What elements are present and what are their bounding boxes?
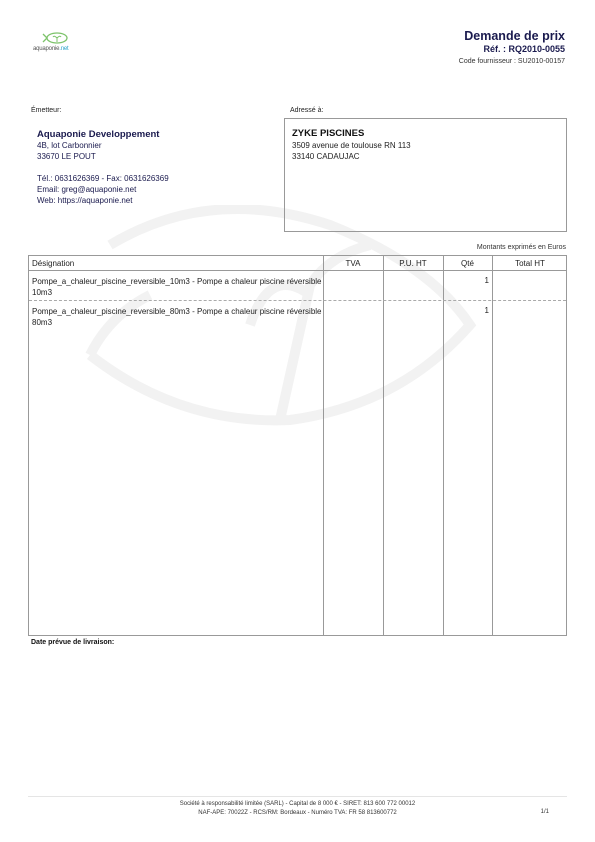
column-qty: Qté xyxy=(443,259,492,268)
footer-line2: NAF-APE: 70022Z - RCS/RM: Bordeaux - Num… xyxy=(0,809,595,818)
recipient-label: Adressé à: xyxy=(290,107,323,114)
table-row: Pompe_a_chaleur_piscine_reversible_80m3 … xyxy=(29,302,566,331)
row-qty: 1 xyxy=(443,276,489,285)
recipient-address-line1: 3509 avenue de toulouse RN 113 xyxy=(292,140,411,151)
footer-divider xyxy=(28,796,567,797)
column-pu-ht: P.U. HT xyxy=(383,259,443,268)
document-title: Demande de prix xyxy=(464,29,565,43)
sender-email: Email: greg@aquaponie.net xyxy=(37,184,169,195)
sender-block: Aquaponie Developpement 4B, lot Carbonni… xyxy=(37,129,169,206)
column-tva: TVA xyxy=(323,259,383,268)
fish-logo-icon xyxy=(42,31,70,45)
legal-footer: Société à responsabilité limitée (SARL) … xyxy=(0,800,595,818)
recipient-box: ZYKE PISCINES 3509 avenue de toulouse RN… xyxy=(284,118,567,232)
column-designation: Désignation xyxy=(32,259,74,268)
sender-web: Web: https://aquaponie.net xyxy=(37,195,169,206)
table-row: Pompe_a_chaleur_piscine_reversible_10m3 … xyxy=(29,272,566,301)
company-logo: aquaponie.net xyxy=(30,31,80,56)
table-header: Désignation TVA P.U. HT Qté Total HT xyxy=(29,256,566,271)
currency-note: Montants exprimés en Euros xyxy=(477,244,566,251)
footer-line1: Société à responsabilité limitée (SARL) … xyxy=(0,800,595,809)
sender-label: Émetteur: xyxy=(31,107,61,114)
row-qty: 1 xyxy=(443,306,489,315)
logo-text: aquaponie.net xyxy=(33,46,68,52)
sender-phone: Tél.: 0631626369 - Fax: 0631626369 xyxy=(37,173,169,184)
document-reference: Réf. : RQ2010-0055 xyxy=(483,44,565,54)
sender-address-line2: 33670 LE POUT xyxy=(37,151,169,162)
row-designation: Pompe_a_chaleur_piscine_reversible_10m3 … xyxy=(32,276,322,298)
sender-name: Aquaponie Developpement xyxy=(37,129,169,140)
sender-address-line1: 4B, lot Carbonnier xyxy=(37,140,169,151)
items-table: Désignation TVA P.U. HT Qté Total HT Pom… xyxy=(28,255,567,636)
recipient-address-line2: 33140 CADAUJAC xyxy=(292,151,411,162)
page-number: 1/1 xyxy=(541,809,549,815)
supplier-code: Code fournisseur : SU2010-00157 xyxy=(459,58,565,65)
row-designation: Pompe_a_chaleur_piscine_reversible_80m3 … xyxy=(32,306,322,328)
column-total-ht: Total HT xyxy=(492,259,568,268)
recipient-name: ZYKE PISCINES xyxy=(292,128,411,140)
delivery-date-label: Date prévue de livraison: xyxy=(31,639,114,646)
